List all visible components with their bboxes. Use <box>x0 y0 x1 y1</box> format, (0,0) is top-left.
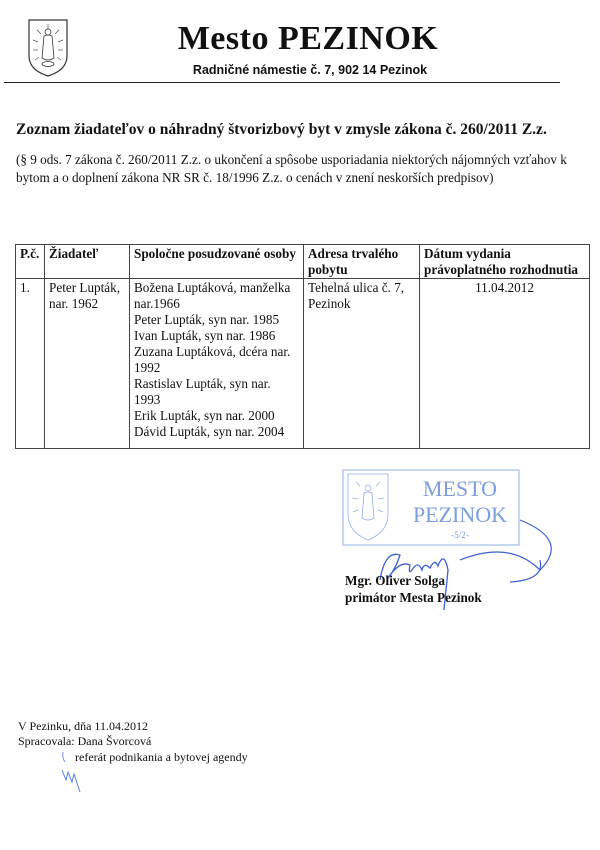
row-decision-date: 11.04.2012 <box>420 279 590 449</box>
person-item: Erik Lupták, syn nar. 2000 <box>134 408 299 424</box>
person-item: Dávid Lupták, syn nar. 2004 <box>134 424 299 440</box>
applicants-table: P.č. Žiadateľ Spoločne posudzované osoby… <box>15 244 590 449</box>
header-divider <box>4 82 560 83</box>
city-address: Radničné námestie č. 7, 902 14 Pezinok <box>0 63 600 77</box>
processed-by: Spracovala: Dana Švorcová <box>18 734 151 749</box>
document-heading: Zoznam žiadateľov o náhradný štvorizbový… <box>16 121 547 139</box>
signer-title: primátor Mesta Pezinok <box>345 590 482 606</box>
person-item: Ivan Lupták, syn nar. 1986 <box>134 328 299 344</box>
stamp-line1: MESTO <box>423 476 497 501</box>
person-item: Peter Lupták, syn nar. 1985 <box>134 312 299 328</box>
row-persons: Božena Luptáková, manželka nar.1966 Pete… <box>130 279 304 449</box>
stamp-line2: PEZINOK <box>413 502 507 527</box>
place-and-date: V Pezinku, dňa 11.04.2012 <box>18 719 148 734</box>
signer-name: Mgr. Oliver Solga <box>345 573 445 589</box>
table-row: 1. Peter Lupták, nar. 1962 Božena Lupták… <box>16 279 590 449</box>
person-item: Rastislav Lupták, syn nar. 1993 <box>134 376 299 408</box>
handwritten-initials <box>60 750 90 795</box>
person-item: Božena Luptáková, manželka nar.1966 <box>134 280 299 312</box>
table-header-row: P.č. Žiadateľ Spoločne posudzované osoby… <box>16 245 590 279</box>
header-number: P.č. <box>16 245 45 279</box>
stamp-crest-icon <box>348 474 388 540</box>
person-item: Zuzana Luptáková, dcéra nar. 1992 <box>134 344 299 376</box>
stamp-number: -5/2- <box>451 530 469 540</box>
header-persons: Spoločne posudzované osoby <box>130 245 304 279</box>
city-title: Mesto PEZINOK <box>0 20 600 58</box>
official-stamp: MESTO PEZINOK -5/2- <box>342 468 522 548</box>
header-decision-date: Dátum vydania právoplatného rozhodnutia <box>420 245 590 279</box>
legal-note: (§ 9 ods. 7 zákona č. 260/2011 Z.z. o uk… <box>16 151 596 187</box>
row-address: Tehelná ulica č. 7, Pezinok <box>304 279 420 449</box>
row-applicant: Peter Lupták, nar. 1962 <box>45 279 130 449</box>
row-number: 1. <box>16 279 45 449</box>
header-applicant: Žiadateľ <box>45 245 130 279</box>
department: referát podnikania a bytovej agendy <box>75 750 248 765</box>
header-address: Adresa trvalého pobytu <box>304 245 420 279</box>
